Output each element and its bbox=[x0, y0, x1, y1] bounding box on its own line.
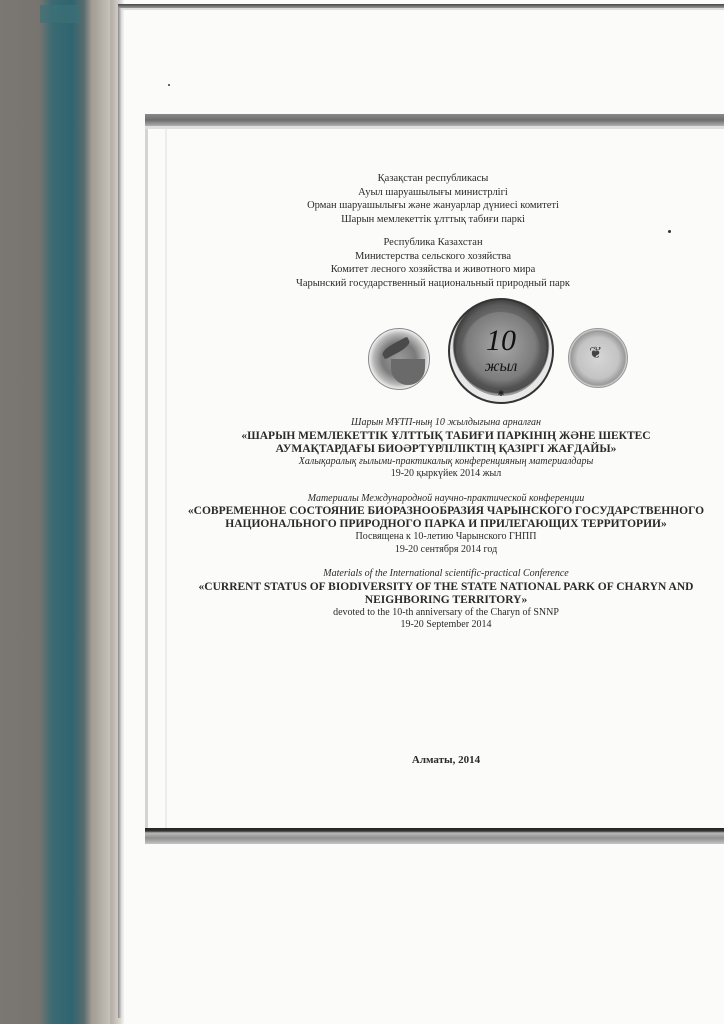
org-line: Шарын мемлекеттік ұлттық табиғи паркі bbox=[228, 213, 638, 227]
kz-date: 19-20 қыркүйек 2014 жыл bbox=[168, 468, 724, 481]
page-top-edge-shadow bbox=[118, 8, 724, 10]
ru-date: 19-20 сентября 2014 год bbox=[168, 544, 724, 557]
wave-icon bbox=[391, 359, 425, 385]
eagle-icon bbox=[380, 337, 411, 360]
star-icon: ✱ bbox=[450, 389, 552, 398]
org-line: Министерства сельского хозяйства bbox=[228, 250, 638, 264]
ru-dedication: Посвящена к 10-летию Чарынского ГНПП bbox=[168, 531, 724, 544]
photocopy-border bbox=[145, 118, 148, 828]
place-and-year: Алматы, 2014 bbox=[168, 754, 724, 766]
photocopy-band-bottom bbox=[145, 828, 724, 844]
org-line: Ауыл шаруашылығы министрлігі bbox=[228, 186, 638, 200]
kz-subtitle: Халықаралық ғылыми-практикалық конференц… bbox=[168, 456, 724, 469]
org-line: Орман шаруашылығы және жануарлар дүниесі… bbox=[228, 199, 638, 213]
anniversary-medallion-logo: 10 жыл ✱ bbox=[448, 298, 554, 404]
org-line: Комитет лесного хозяйства и животного ми… bbox=[228, 263, 638, 277]
forestry-committee-logo: ❦ bbox=[568, 328, 628, 388]
kz-dedication: Шарын МҰТП-ның 10 жылдығына арналған bbox=[168, 417, 724, 430]
scanner-edge-shadow bbox=[0, 0, 124, 1024]
bird-emblem-logo bbox=[368, 328, 430, 390]
photocopy-band-top bbox=[145, 114, 724, 126]
org-line: Республика Казахстан bbox=[228, 236, 638, 250]
en-title: «CURRENT STATUS OF BIODIVERSITY OF THE S… bbox=[168, 581, 724, 607]
org-line: Қазақстан республикасы bbox=[228, 172, 638, 186]
en-dedication: devoted to the 10-th anniversary of the … bbox=[168, 607, 724, 620]
organizations-russian: Республика Казахстан Министерства сельск… bbox=[228, 236, 638, 290]
anniversary-word: жыл bbox=[450, 358, 552, 376]
ru-title: «СОВРЕМЕННОЕ СОСТОЯНИЕ БИОРАЗНООБРАЗИЯ Ч… bbox=[168, 505, 724, 531]
photocopy-border-inner bbox=[165, 118, 167, 828]
ru-materials: Материалы Международной научно-практичес… bbox=[168, 493, 724, 506]
title-page: Қазақстан республикасы Ауыл шаруашылығы … bbox=[168, 126, 724, 826]
wheat-sprig-icon: ❦ bbox=[589, 343, 602, 363]
organizations-kazakh: Қазақстан республикасы Ауыл шаруашылығы … bbox=[228, 172, 638, 226]
page-left-edge bbox=[118, 8, 122, 1018]
kz-title: «ШАРЫН МЕМЛЕКЕТТІК ҰЛТТЫҚ ТАБИҒИ ПАРКІНІ… bbox=[168, 430, 724, 456]
logos-row: 10 жыл ✱ ❦ bbox=[358, 288, 658, 398]
scan-speck bbox=[168, 84, 170, 86]
kazakh-section: Шарын МҰТП-ның 10 жылдығына арналған «ША… bbox=[168, 417, 724, 632]
en-date: 19-20 September 2014 bbox=[168, 619, 724, 632]
page-fold-highlight bbox=[96, 0, 110, 1024]
en-materials: Materials of the International scientifi… bbox=[168, 568, 724, 581]
anniversary-number: 10 bbox=[450, 324, 552, 358]
binding-tape bbox=[40, 5, 80, 23]
